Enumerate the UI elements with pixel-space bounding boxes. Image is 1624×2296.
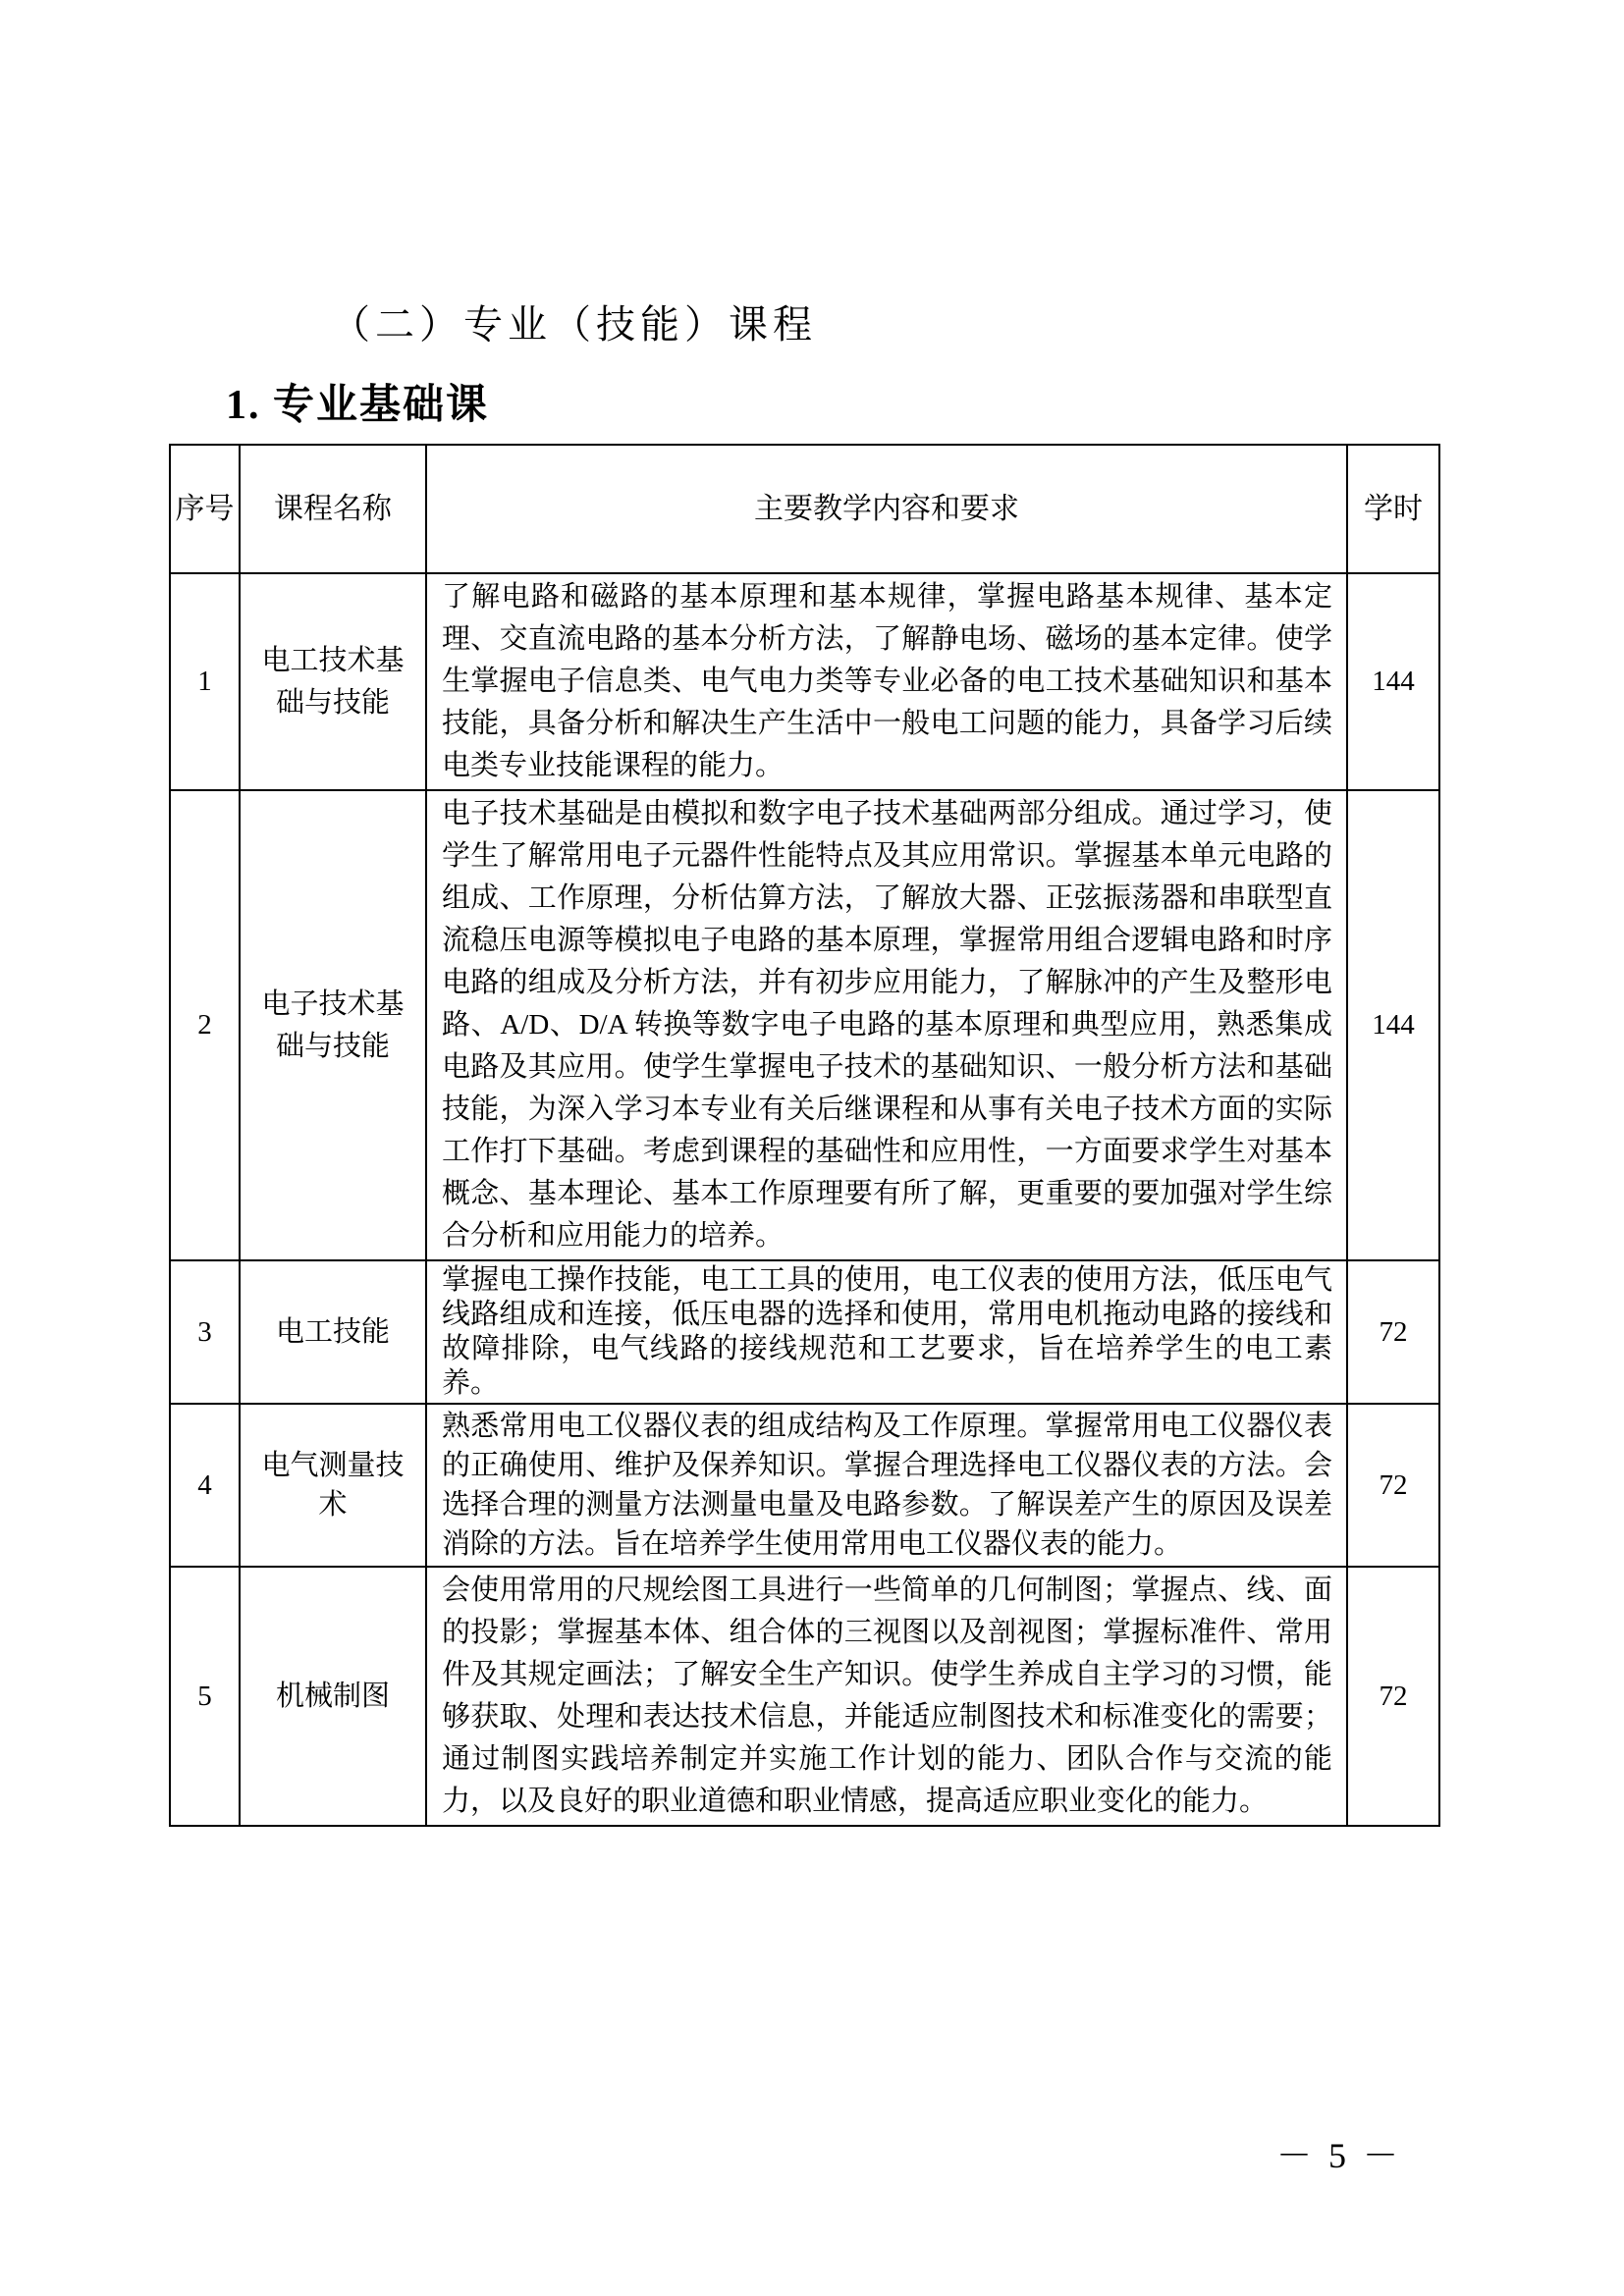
col-header-content: 主要教学内容和要求	[426, 445, 1347, 573]
course-description: 了解电路和磁路的基本原理和基本规律，掌握电路基本规律、基本定理、交直流电路的基本…	[426, 573, 1347, 790]
row-index: 3	[170, 1260, 240, 1404]
table-row: 2 电子技术基础与技能 电子技术基础是由模拟和数字电子技术基础两部分组成。通过学…	[170, 790, 1439, 1260]
course-hours: 72	[1347, 1260, 1439, 1404]
course-name: 电气测量技术	[240, 1404, 426, 1567]
course-description: 掌握电工操作技能，电工工具的使用，电工仪表的使用方法，低压电气线路组成和连接，低…	[426, 1260, 1347, 1404]
row-index: 1	[170, 573, 240, 790]
table-header-row: 序号 课程名称 主要教学内容和要求 学时	[170, 445, 1439, 573]
course-name: 电工技能	[240, 1260, 426, 1404]
col-header-index: 序号	[170, 445, 240, 573]
course-hours: 144	[1347, 790, 1439, 1260]
table-row: 4 电气测量技术 熟悉常用电工仪器仪表的组成结构及工作原理。掌握常用电工仪器仪表…	[170, 1404, 1439, 1567]
row-index: 4	[170, 1404, 240, 1567]
course-description: 熟悉常用电工仪器仪表的组成结构及工作原理。掌握常用电工仪器仪表的正确使用、维护及…	[426, 1404, 1347, 1567]
section-heading: （二）专业（技能）课程	[331, 302, 817, 347]
subsection-heading: 1. 专业基础课	[226, 383, 489, 428]
course-name: 电工技术基础与技能	[240, 573, 426, 790]
course-name: 电子技术基础与技能	[240, 790, 426, 1260]
table-row: 5 机械制图 会使用常用的尺规绘图工具进行一些简单的几何制图；掌握点、线、面的投…	[170, 1567, 1439, 1826]
row-index: 5	[170, 1567, 240, 1826]
course-table: 序号 课程名称 主要教学内容和要求 学时 1 电工技术基础与技能 了解电路和磁路…	[169, 444, 1440, 1827]
page-number: － 5 －	[1276, 2136, 1402, 2175]
course-description: 会使用常用的尺规绘图工具进行一些简单的几何制图；掌握点、线、面的投影；掌握基本体…	[426, 1567, 1347, 1826]
document-page: （二）专业（技能）课程 1. 专业基础课 序号 课程名称 主要教学内容和要求 学…	[0, 0, 1624, 2296]
table-row: 1 电工技术基础与技能 了解电路和磁路的基本原理和基本规律，掌握电路基本规律、基…	[170, 573, 1439, 790]
table-row: 3 电工技能 掌握电工操作技能，电工工具的使用，电工仪表的使用方法，低压电气线路…	[170, 1260, 1439, 1404]
course-hours: 144	[1347, 573, 1439, 790]
col-header-course: 课程名称	[240, 445, 426, 573]
course-name: 机械制图	[240, 1567, 426, 1826]
course-description: 电子技术基础是由模拟和数字电子技术基础两部分组成。通过学习，使学生了解常用电子元…	[426, 790, 1347, 1260]
course-hours: 72	[1347, 1567, 1439, 1826]
course-hours: 72	[1347, 1404, 1439, 1567]
col-header-hours: 学时	[1347, 445, 1439, 573]
row-index: 2	[170, 790, 240, 1260]
